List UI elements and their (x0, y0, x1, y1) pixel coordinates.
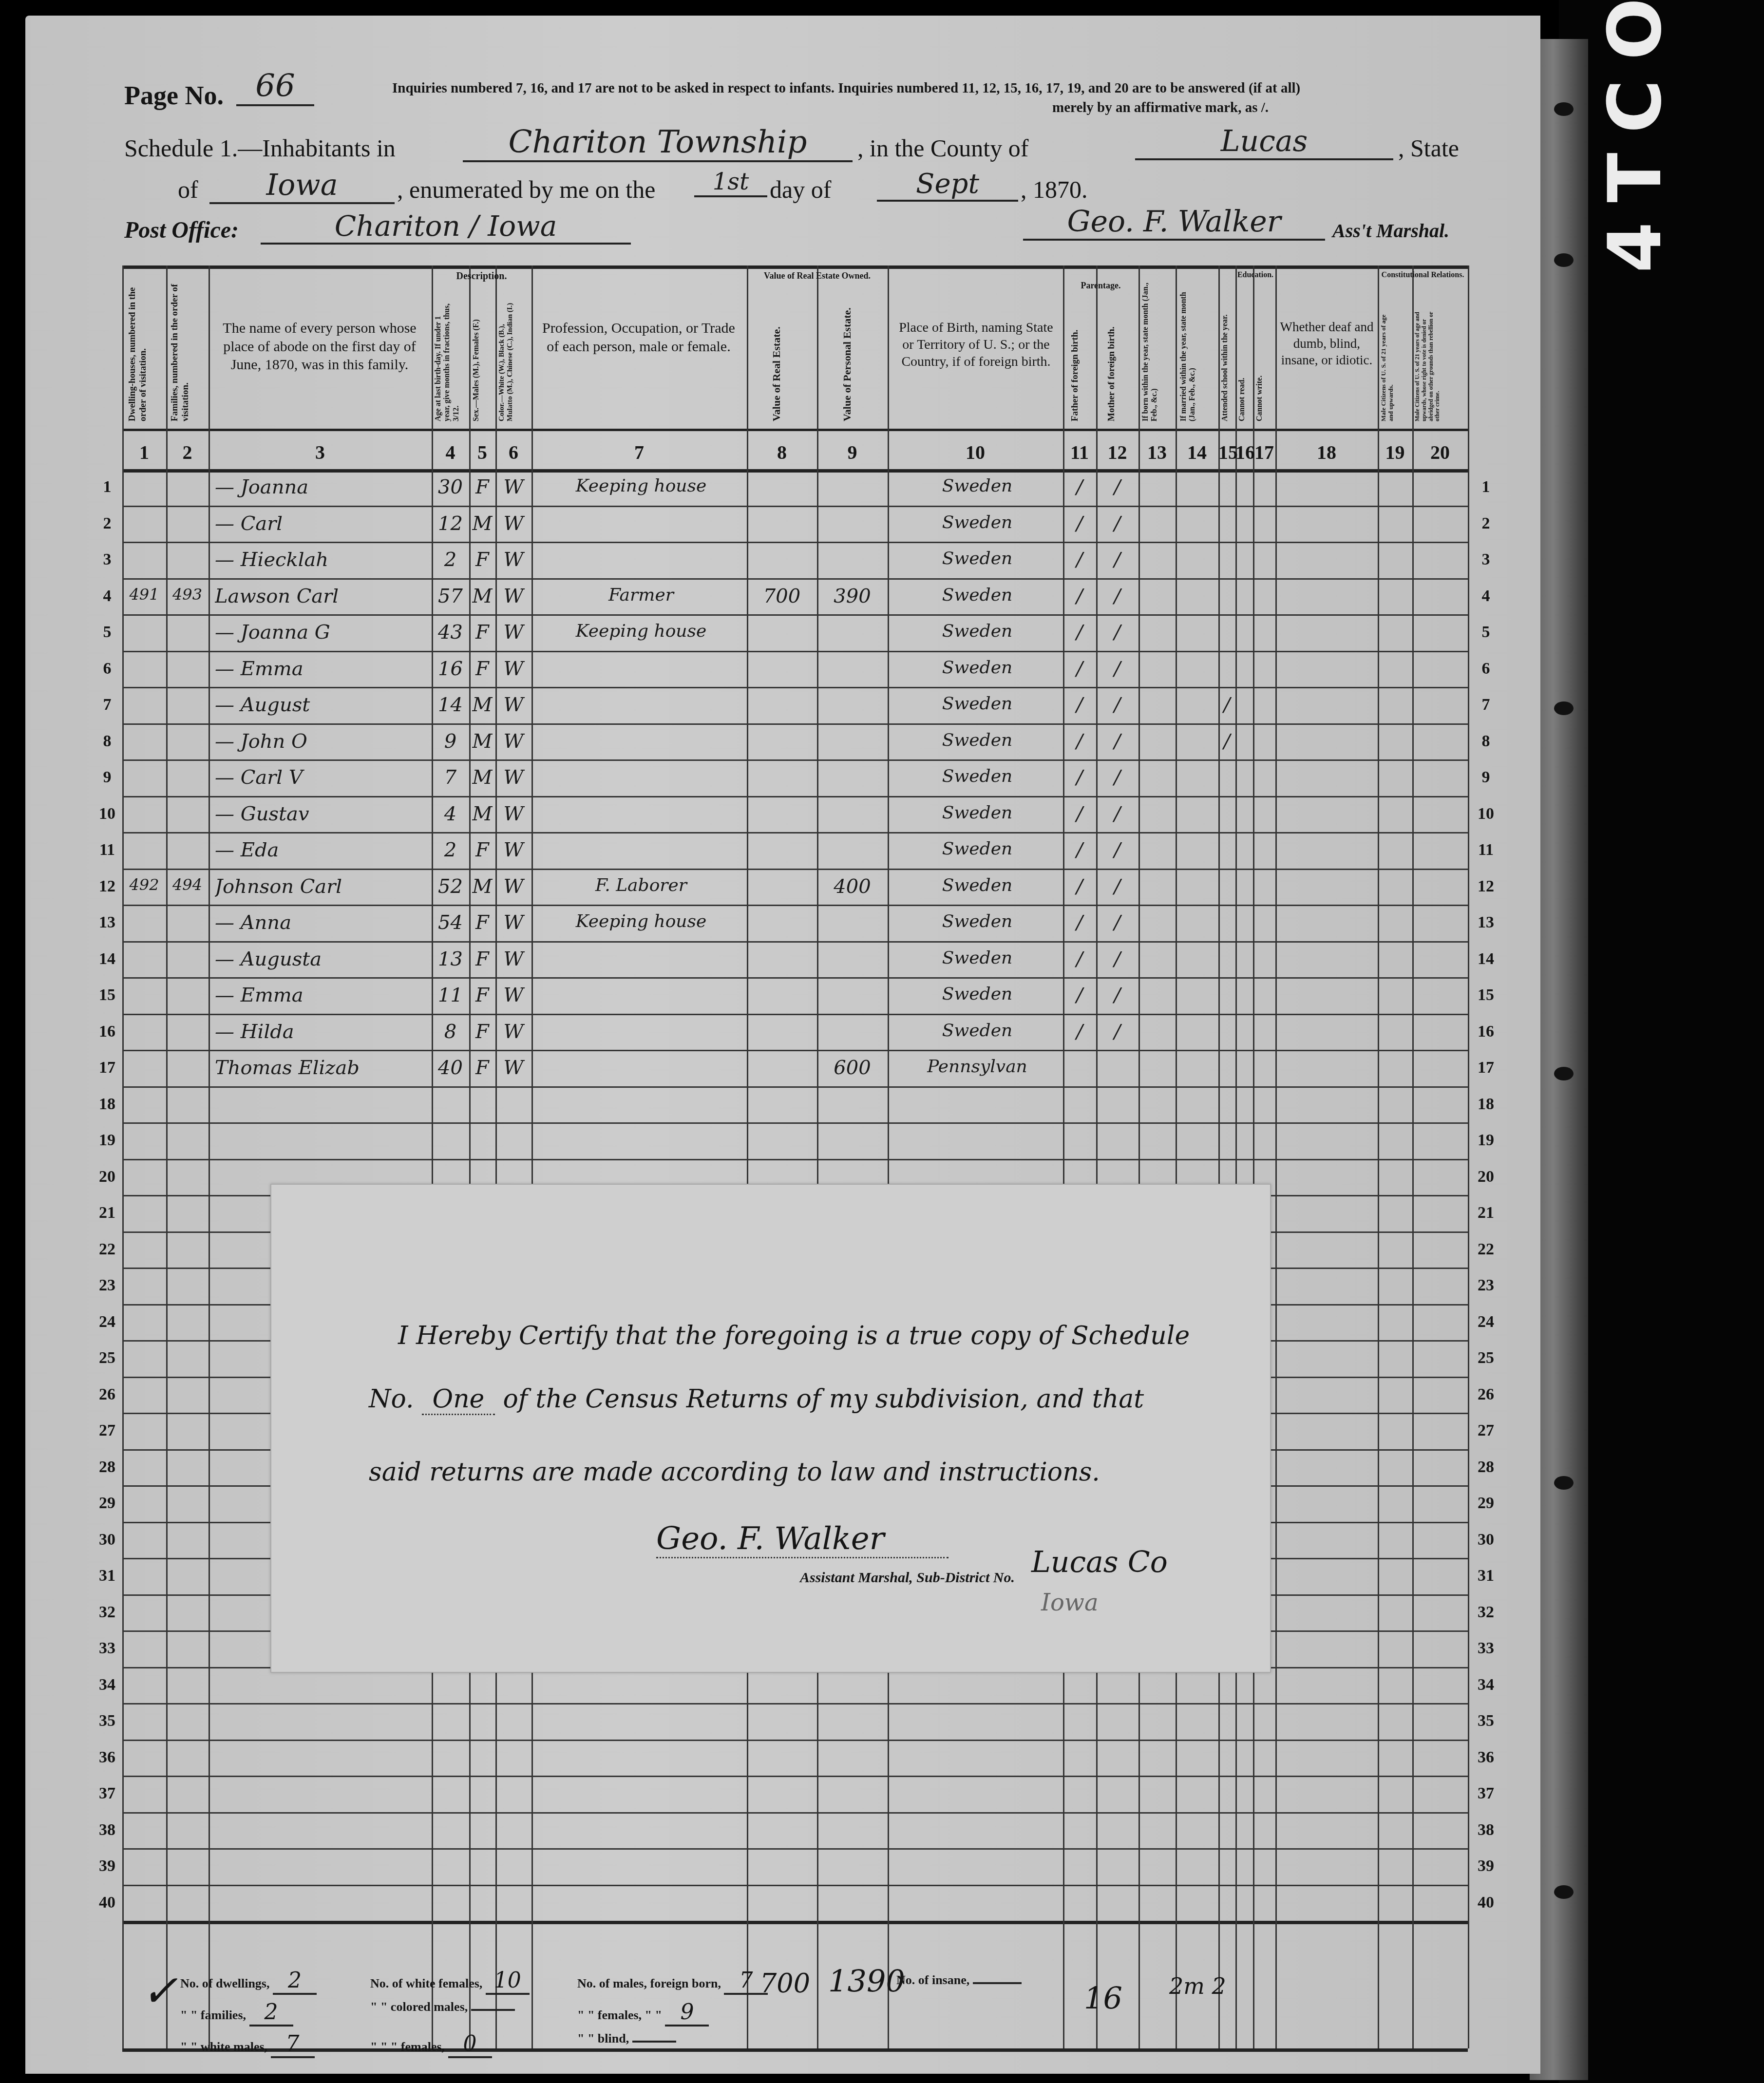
page-number-label: Page No. (124, 80, 224, 111)
col-header-8: Value of Real Estate. (770, 304, 795, 421)
cell-birthplace: Sweden (892, 549, 1062, 568)
row-rule (122, 759, 1468, 761)
col-header-6: Color.—White (W.), Black (B.), Mulatto (… (498, 300, 529, 421)
blind-value (632, 2041, 676, 2043)
col-number: 9 (817, 441, 888, 464)
cell-father-foreign: / (1063, 984, 1096, 1006)
cell-sex: F (469, 1021, 495, 1043)
row-rule (122, 1812, 1468, 1814)
line-number-right: 18 (1471, 1095, 1500, 1114)
binding-hole (1554, 701, 1574, 715)
col-header-10: Place of Birth, naming State or Territor… (892, 319, 1060, 370)
cell-name: — Joanna (215, 476, 432, 498)
line-number-right: 9 (1471, 768, 1500, 787)
row-rule (122, 1014, 1468, 1015)
white-males-value: 7 (271, 2031, 315, 2058)
line-number-left: 15 (93, 986, 122, 1004)
col-number: 3 (209, 441, 432, 464)
line-number-right: 31 (1471, 1567, 1500, 1585)
col-header-7: Profession, Occupation, or Trade of each… (541, 319, 736, 356)
cell-occupation: Farmer (536, 585, 746, 605)
cell-sex: M (469, 730, 495, 753)
cell-real-estate: 700 (747, 585, 817, 607)
cell-mother-foreign: / (1096, 512, 1138, 535)
cell-color: W (495, 875, 531, 898)
cell-name: — Hiecklah (215, 549, 432, 571)
line-number-right: 4 (1471, 587, 1500, 606)
line-number-left: 37 (93, 1784, 122, 1803)
cell-birthplace: Sweden (892, 984, 1062, 1004)
line-number-left: 10 (93, 805, 122, 823)
females-foreign-label: " " females, " " (577, 2008, 662, 2022)
state-label: , State (1398, 134, 1459, 162)
line-number-left: 27 (93, 1421, 122, 1440)
dwellings-value: 2 (273, 1968, 317, 1995)
row-rule (122, 832, 1468, 833)
cell-sex: F (469, 911, 495, 934)
day-field: 1st (694, 168, 767, 197)
cell-color: W (495, 948, 531, 970)
cell-age: 2 (432, 839, 469, 861)
line-number-right: 13 (1471, 913, 1500, 932)
row-rule (122, 651, 1468, 652)
line-number-left: 36 (93, 1748, 122, 1767)
cell-age: 57 (432, 585, 469, 607)
row-rule (122, 506, 1468, 507)
line-number-left: 3 (93, 550, 122, 569)
footer-dwellings: No. of dwellings, 2 (180, 1968, 317, 1995)
cell-personal-estate: 400 (817, 875, 888, 898)
footer-blind: " " blind, (577, 2031, 676, 2046)
footer-colored-males: " " colored males, (370, 2000, 515, 2014)
cell-sex: F (469, 839, 495, 861)
cell-sex: M (469, 766, 495, 789)
line-number-left: 18 (93, 1095, 122, 1114)
cell-occupation: F. Laborer (536, 875, 746, 895)
cell-age: 16 (432, 658, 469, 680)
col-number: 15 (1218, 441, 1235, 464)
cell-mother-foreign: / (1096, 984, 1138, 1006)
row-rule (122, 1740, 1468, 1741)
colored-males-value (471, 2009, 515, 2011)
line-number-right: 28 (1471, 1458, 1500, 1477)
white-females-value: 10 (486, 1968, 530, 1995)
dwellings-label: No. of dwellings, (180, 1976, 269, 1990)
cell-mother-foreign: / (1096, 948, 1138, 970)
cell-birthplace: Pennsylvan (892, 1057, 1062, 1077)
line-number-right: 15 (1471, 986, 1500, 1004)
line-number-right: 1 (1471, 478, 1500, 496)
cell-school: / (1218, 730, 1235, 753)
col-number: 1 (122, 441, 166, 464)
cell-father-foreign: / (1063, 658, 1096, 680)
tally-mark: 2m 2 (1169, 1973, 1226, 1999)
cell-age: 2 (432, 549, 469, 571)
cell-color: W (495, 839, 531, 861)
line-number-right: 6 (1471, 660, 1500, 678)
cell-name: Thomas Elizab (215, 1057, 432, 1079)
cell-father-foreign: / (1063, 766, 1096, 789)
col-number: 17 (1253, 441, 1275, 464)
cell-birthplace: Sweden (892, 948, 1062, 968)
cell-color: W (495, 911, 531, 934)
line-number-left: 9 (93, 768, 122, 787)
row-rule (122, 542, 1468, 543)
cell-sex: M (469, 512, 495, 535)
cell-birthplace: Sweden (892, 839, 1062, 859)
line-number-right: 10 (1471, 805, 1500, 823)
row-rule (122, 1086, 1468, 1088)
cell-sex: F (469, 549, 495, 571)
certification-box: I Hereby Certify that the foregoing is a… (270, 1184, 1271, 1673)
cell-age: 7 (432, 766, 469, 789)
cell-sex: M (469, 585, 495, 607)
line-number-right: 37 (1471, 1784, 1500, 1803)
cell-occupation: Keeping house (536, 621, 746, 641)
cell-age: 54 (432, 911, 469, 934)
line-number-right: 17 (1471, 1059, 1500, 1077)
col-number: 16 (1235, 441, 1253, 464)
line-number-right: 8 (1471, 732, 1500, 751)
cell-birthplace: Sweden (892, 658, 1062, 678)
row-rule (122, 1159, 1468, 1160)
females-foreign-value: 9 (665, 2000, 709, 2026)
county-label: , in the County of (857, 134, 1028, 162)
line-number-right: 38 (1471, 1821, 1500, 1839)
cell-color: W (495, 549, 531, 571)
certification-signature: Geo. F. Walker (656, 1521, 948, 1558)
line-number-left: 26 (93, 1385, 122, 1404)
cell-birthplace: Sweden (892, 803, 1062, 823)
line-number-left: 5 (93, 623, 122, 642)
line-number-left: 32 (93, 1603, 122, 1622)
cell-birthplace: Sweden (892, 1021, 1062, 1041)
post-office-label: Post Office: (124, 217, 239, 244)
col-header-11: Father of foreign birth. (1070, 300, 1089, 421)
row-rule (122, 941, 1468, 943)
line-number-left: 14 (93, 950, 122, 968)
line-number-left: 2 (93, 514, 122, 533)
instructions-line-2: merely by an affirmative mark, as /. (1052, 100, 1269, 116)
line-number-right: 12 (1471, 877, 1500, 896)
line-number-left: 35 (93, 1712, 122, 1730)
line-number-left: 1 (93, 478, 122, 496)
schedule-no-label: No. (369, 1384, 414, 1414)
cell-mother-foreign: / (1096, 730, 1138, 753)
cell-birthplace: Sweden (892, 621, 1062, 641)
cell-age: 4 (432, 803, 469, 825)
line-number-right: 20 (1471, 1168, 1500, 1186)
total-personal-estate: 1390 (828, 1963, 905, 1999)
cell-name: — John O (215, 730, 432, 753)
enumerated-label: , enumerated by me on the (397, 175, 655, 204)
line-number-left: 28 (93, 1458, 122, 1477)
line-number-left: 8 (93, 732, 122, 751)
cell-age: 13 (432, 948, 469, 970)
certification-line-2: No. One of the Census Returns of my subd… (369, 1384, 1144, 1415)
footer-white-females: No. of white females, 10 (370, 1968, 530, 1995)
cell-personal-estate: 600 (817, 1057, 888, 1079)
cell-age: 14 (432, 694, 469, 716)
line-number-right: 26 (1471, 1385, 1500, 1404)
marshal-signature: Geo. F. Walker (1023, 205, 1325, 241)
col-number: 19 (1378, 441, 1412, 464)
cell-mother-foreign: / (1096, 658, 1138, 680)
page-number: 66 (236, 68, 314, 106)
blind-label: " " blind, (577, 2031, 629, 2045)
line-number-right: 7 (1471, 696, 1500, 714)
binding-hole (1554, 102, 1574, 116)
row-rule (122, 687, 1468, 688)
line-number-right: 22 (1471, 1240, 1500, 1259)
families-value: 2 (249, 2000, 293, 2026)
line-number-left: 31 (93, 1567, 122, 1585)
cell-mother-foreign: / (1096, 585, 1138, 607)
cell-name: — Gustav (215, 803, 432, 825)
col-header-3: The name of every person whose place of … (215, 319, 424, 374)
col-header-17: Cannot write. (1255, 329, 1272, 421)
township-field: Chariton Township (463, 124, 853, 162)
row-rule (122, 1848, 1468, 1850)
line-number-right: 36 (1471, 1748, 1500, 1767)
cell-mother-foreign: / (1096, 766, 1138, 789)
line-number-left: 38 (93, 1821, 122, 1839)
cell-age: 40 (432, 1057, 469, 1079)
col-header-5: Sex.—Males (M.), Females (F.) (472, 300, 493, 421)
cell-father-foreign: / (1063, 730, 1096, 753)
cell-color: W (495, 512, 531, 535)
line-number-right: 24 (1471, 1313, 1500, 1331)
cell-father-foreign: / (1063, 476, 1096, 498)
cell-father-foreign: / (1063, 585, 1096, 607)
line-number-right: 39 (1471, 1857, 1500, 1875)
row-rule (122, 1050, 1468, 1051)
cell-father-foreign: / (1063, 875, 1096, 898)
cell-school: / (1218, 694, 1235, 716)
cell-mother-foreign: / (1096, 1021, 1138, 1043)
row-rule (122, 614, 1468, 616)
sub-district-county: Lucas Co (1031, 1545, 1168, 1579)
binding-hole (1554, 253, 1574, 267)
cell-mother-foreign: / (1096, 839, 1138, 861)
cell-birthplace: Sweden (892, 585, 1062, 605)
cell-mother-foreign: / (1096, 875, 1138, 898)
line-number-right: 33 (1471, 1639, 1500, 1658)
line-number-left: 33 (93, 1639, 122, 1658)
cell-sex: M (469, 803, 495, 825)
insane-value (973, 1982, 1022, 1984)
cell-sex: M (469, 875, 495, 898)
col-header-14: If married within the year, state month … (1179, 275, 1215, 421)
cell-name: Johnson Carl (215, 875, 432, 898)
cell-age: 11 (432, 984, 469, 1006)
colored-males-label: " " colored males, (370, 2000, 468, 2014)
row-rule (122, 977, 1468, 979)
cell-name: — Hilda (215, 1021, 432, 1043)
footer-insane: No. of insane, (896, 1973, 1022, 1988)
line-number-left: 12 (93, 877, 122, 896)
footer-families: " " families, 2 (180, 2000, 293, 2026)
line-number-left: 39 (93, 1857, 122, 1875)
cell-father-foreign: / (1063, 803, 1096, 825)
line-number-right: 29 (1471, 1494, 1500, 1513)
line-number-right: 40 (1471, 1894, 1500, 1912)
cell-sex: F (469, 658, 495, 680)
cell-name: — Emma (215, 984, 432, 1006)
county-field: Lucas (1135, 124, 1393, 160)
group-education: Education. (1235, 270, 1275, 280)
cell-father-foreign: / (1063, 621, 1096, 644)
footer-white-males: " " white males, 7 (180, 2031, 315, 2058)
cell-age: 30 (432, 476, 469, 498)
cell-sex: F (469, 984, 495, 1006)
col-header-16: Cannot read. (1238, 329, 1252, 421)
sub-district-state: Iowa (1041, 1589, 1099, 1616)
cell-personal-estate: 390 (817, 585, 888, 607)
line-number-left: 19 (93, 1131, 122, 1150)
cell-color: W (495, 730, 531, 753)
cell-mother-foreign: / (1096, 694, 1138, 716)
line-number-left: 34 (93, 1676, 122, 1694)
check-mark-icon: ✓ (141, 1966, 178, 2017)
footer-colored-females: " " " females, 0 (370, 2031, 492, 2058)
cell-birthplace: Sweden (892, 875, 1062, 895)
cell-sex: F (469, 948, 495, 970)
line-number-left: 21 (93, 1204, 122, 1222)
cell-dwelling: 492 (122, 875, 166, 894)
col-header-15: Attended school within the year. (1221, 275, 1234, 421)
header-bottom-rule (122, 469, 1468, 473)
footer-females-foreign: " " females, " " 9 (577, 2000, 709, 2026)
cell-sex: F (469, 621, 495, 644)
line-number-right: 16 (1471, 1023, 1500, 1041)
line-number-left: 13 (93, 913, 122, 932)
white-males-label: " " white males, (180, 2040, 267, 2054)
cell-color: W (495, 1057, 531, 1079)
cell-mother-foreign: / (1096, 911, 1138, 934)
cell-father-foreign: / (1063, 512, 1096, 535)
cell-family: 493 (166, 585, 209, 604)
line-number-left: 4 (93, 587, 122, 606)
col-number: 8 (747, 441, 817, 464)
col-header-13: If born within the year, state month (Ja… (1141, 275, 1173, 421)
cell-name: — Carl V (215, 766, 432, 789)
line-number-right: 3 (1471, 550, 1500, 569)
state-field: Iowa (209, 168, 395, 204)
col-number: 14 (1176, 441, 1218, 464)
cell-color: W (495, 803, 531, 825)
binding-hole (1554, 1476, 1574, 1490)
col-header-9: Value of Personal Estate. (841, 304, 865, 421)
cell-mother-foreign: / (1096, 803, 1138, 825)
cell-birthplace: Sweden (892, 911, 1062, 931)
cell-dwelling: 491 (122, 585, 166, 604)
line-number-left: 6 (93, 660, 122, 678)
line-number-right: 27 (1471, 1421, 1500, 1440)
cell-color: W (495, 694, 531, 716)
colored-females-value: 0 (448, 2031, 492, 2058)
cell-father-foreign: / (1063, 694, 1096, 716)
footer-males-foreign: No. of males, foreign born, 7 (577, 1968, 768, 1995)
row-rule (122, 723, 1468, 725)
cell-name: — Anna (215, 911, 432, 934)
line-number-right: 21 (1471, 1204, 1500, 1222)
line-number-left: 22 (93, 1240, 122, 1259)
line-number-right: 5 (1471, 623, 1500, 642)
microfilm-border (1559, 0, 1764, 2083)
cell-age: 52 (432, 875, 469, 898)
line-number-left: 20 (93, 1168, 122, 1186)
line-number-left: 16 (93, 1023, 122, 1041)
cell-color: W (495, 1021, 531, 1043)
cell-color: W (495, 766, 531, 789)
cell-father-foreign: / (1063, 948, 1096, 970)
cell-color: W (495, 658, 531, 680)
cell-father-foreign: / (1063, 911, 1096, 934)
cell-sex: M (469, 694, 495, 716)
reel-label: 4TCO (1593, 195, 1764, 273)
certification-line-1: I Hereby Certify that the foregoing is a… (398, 1321, 1190, 1350)
col-header-4: Age at last birth-day. If under 1 year, … (434, 300, 467, 421)
cell-age: 9 (432, 730, 469, 753)
col-header-20: Male Citizens of U. S. of 21 years of ag… (1414, 304, 1465, 421)
col-header-12: Mother of foreign birth. (1106, 300, 1126, 421)
cell-family: 494 (166, 875, 209, 894)
group-parentage: Parentage. (1063, 280, 1138, 291)
col-number: 18 (1275, 441, 1378, 464)
certification-line-2-text: of the Census Returns of my subdivision,… (503, 1384, 1144, 1414)
cell-mother-foreign: / (1096, 621, 1138, 644)
cell-sex: F (469, 476, 495, 498)
line-number-right: 25 (1471, 1349, 1500, 1367)
col-number: 6 (495, 441, 531, 464)
cell-name: — Augusta (215, 948, 432, 970)
sub-district-label: Assistant Marshal, Sub-District No. (800, 1570, 1015, 1586)
line-number-left: 30 (93, 1531, 122, 1549)
cell-mother-foreign: / (1096, 549, 1138, 571)
line-number-right: 19 (1471, 1131, 1500, 1150)
certification-line-3: said returns are made according to law a… (369, 1458, 1100, 1487)
cell-sex: F (469, 1057, 495, 1079)
col-number: 11 (1063, 441, 1096, 464)
of-label: of (178, 175, 198, 204)
schedule-label: Schedule 1.—Inhabitants in (124, 134, 396, 162)
cell-age: 8 (432, 1021, 469, 1043)
cell-birthplace: Sweden (892, 512, 1062, 532)
cell-birthplace: Sweden (892, 476, 1062, 496)
marshal-label: Ass't Marshal. (1332, 219, 1449, 242)
col-number: 12 (1096, 441, 1138, 464)
cell-occupation: Keeping house (536, 476, 746, 496)
cell-age: 43 (432, 621, 469, 644)
line-number-right: 2 (1471, 514, 1500, 533)
cell-color: W (495, 585, 531, 607)
month-field: Sept (877, 168, 1018, 202)
line-number-right: 32 (1471, 1603, 1500, 1622)
table-top-rule (122, 265, 1468, 269)
row-rule (122, 869, 1468, 870)
colored-females-label: " " " females, (370, 2040, 445, 2054)
cell-name: — Eda (215, 839, 432, 861)
col-number: 5 (469, 441, 495, 464)
cell-name: Lawson Carl (215, 585, 432, 607)
cell-occupation: Keeping house (536, 911, 746, 931)
row-rule (122, 578, 1468, 580)
col-number: 10 (888, 441, 1063, 464)
col-header-19: Male Citizens of U. S. of 21 years of ag… (1380, 304, 1410, 421)
body-bottom-rule (122, 1921, 1468, 1924)
col-header-2: Families, numbered in the order of visit… (170, 275, 204, 421)
